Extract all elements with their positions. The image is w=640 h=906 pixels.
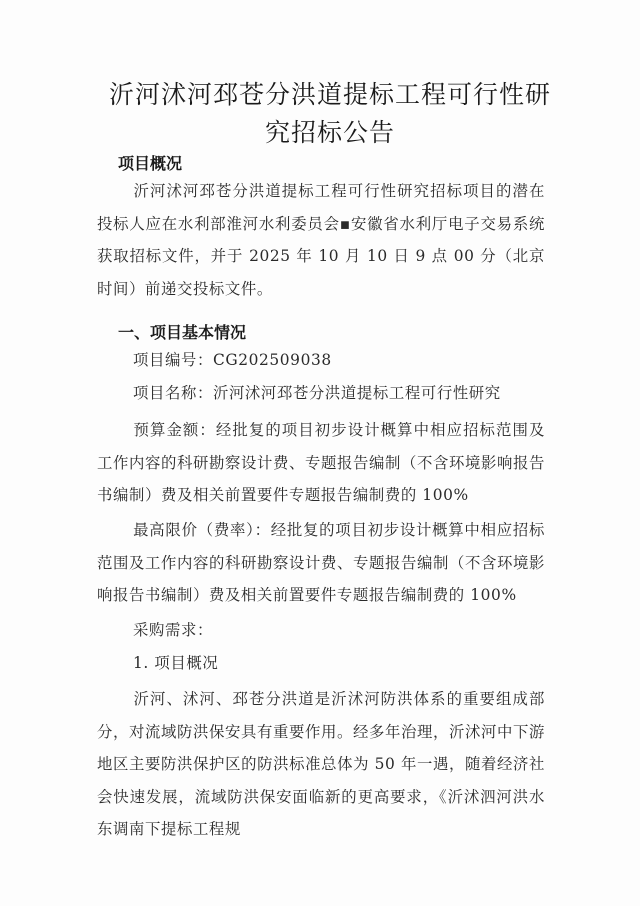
project-number: 项目编号：CG202509038	[97, 344, 545, 377]
project-number-text: 项目编号：CG202509038	[133, 351, 332, 369]
document-title: 沂河沭河邳苍分洪道提标工程可行性研究招标公告	[100, 76, 560, 152]
background-text: 沂河、沭河、邳苍分洪道是沂沭河防洪体系的重要组成部分，对流域防洪保安具有重要作用…	[97, 690, 545, 838]
budget-paragraph: 预算金额：经批复的项目初步设计概算中相应招标范围及工作内容的科研勘察设计费、专题…	[97, 414, 545, 512]
subsection-1-text: 1. 项目概况	[133, 654, 218, 672]
project-name-text: 项目名称：沂河沭河邳苍分洪道提标工程可行性研究	[133, 384, 501, 402]
background-paragraph: 沂河、沭河、邳苍分洪道是沂沭河防洪体系的重要组成部分，对流域防洪保安具有重要作用…	[97, 683, 545, 846]
document-page: 沂河沭河邳苍分洪道提标工程可行性研究招标公告 项目概况 沂河沭河邳苍分洪道提标工…	[0, 0, 640, 906]
overview-text: 沂河沭河邳苍分洪道提标工程可行性研究招标项目的潜在投标人应在水利部淮河水利委员会…	[97, 182, 545, 298]
overview-paragraph: 沂河沭河邳苍分洪道提标工程可行性研究招标项目的潜在投标人应在水利部淮河水利委员会…	[97, 175, 545, 305]
procurement-label-text: 采购需求：	[133, 621, 213, 639]
section1-heading: 一、项目基本情况	[118, 320, 246, 343]
overview-heading: 项目概况	[118, 151, 182, 174]
budget-text: 预算金额：经批复的项目初步设计概算中相应招标范围及工作内容的科研勘察设计费、专题…	[97, 421, 545, 504]
project-name: 项目名称：沂河沭河邳苍分洪道提标工程可行性研究	[97, 377, 545, 410]
max-price-text: 最高限价（费率）：经批复的项目初步设计概算中相应招标范围及工作内容的科研勘察设计…	[97, 521, 545, 604]
subsection-1: 1. 项目概况	[97, 647, 545, 680]
max-price-paragraph: 最高限价（费率）：经批复的项目初步设计概算中相应招标范围及工作内容的科研勘察设计…	[97, 514, 545, 612]
procurement-label: 采购需求：	[97, 614, 545, 647]
